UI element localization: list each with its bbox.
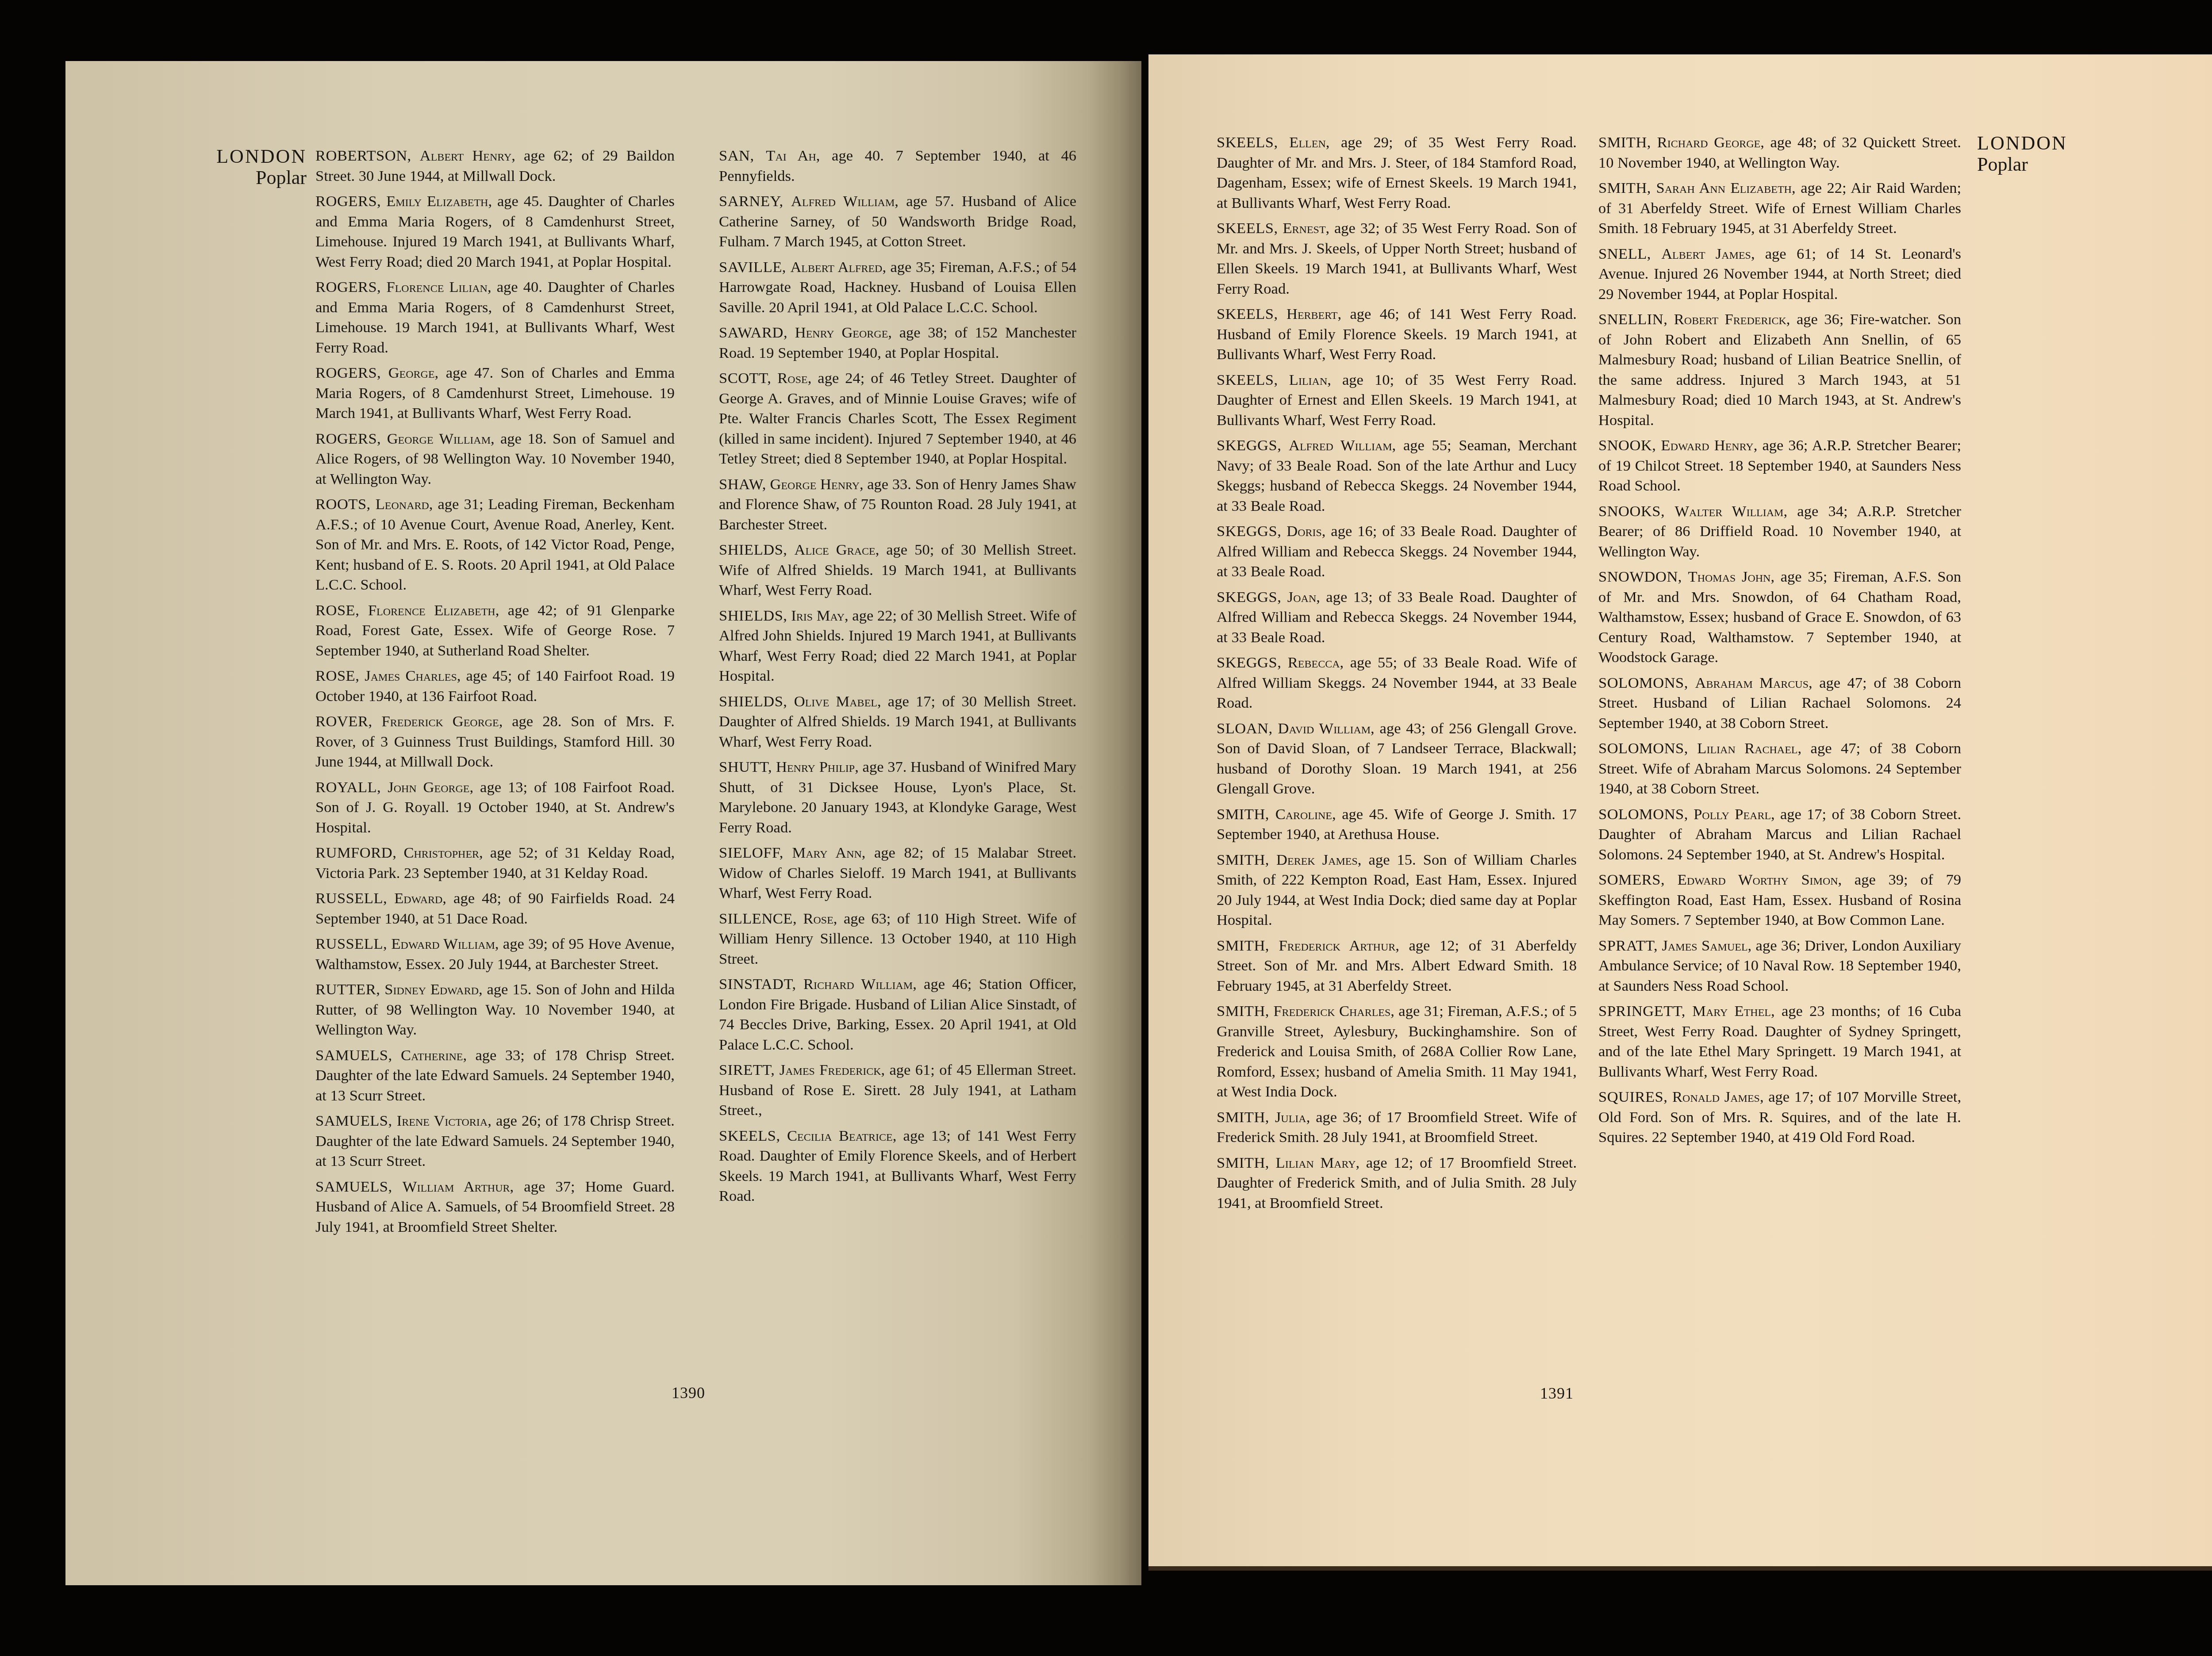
entry-surname: SKEGGS, <box>1217 437 1281 454</box>
casualty-entry: SKEGGS, Joan, age 13; of 33 Beale Road. … <box>1217 587 1577 648</box>
entry-details: age 31; Fireman, A.F.S.; of 5 Granville … <box>1217 1003 1577 1100</box>
casualty-entry: SOLOMONS, Abraham Marcus, age 47; of 38 … <box>1598 673 1961 734</box>
entry-surname: RUTTER, <box>315 981 380 998</box>
entry-surname: SLOAN, <box>1217 720 1273 737</box>
entry-forenames: Florence Elizabeth, <box>368 602 499 619</box>
entry-forenames: Irene Victoria, <box>397 1112 492 1129</box>
entry-forenames: Richard George, <box>1657 134 1764 151</box>
entry-surname: SMITH, <box>1217 1109 1269 1126</box>
entry-forenames: Henry George, <box>795 324 892 341</box>
entry-forenames: Florence Lilian, <box>386 279 491 295</box>
casualty-entry: SMITH, Caroline, age 45. Wife of George … <box>1217 805 1577 845</box>
entry-forenames: Frederick George, <box>382 713 503 730</box>
entry-forenames: David William, <box>1278 720 1375 737</box>
entry-forenames: Robert Frederick, <box>1674 311 1790 328</box>
casualty-entry: ROYALL, John George, age 13; of 108 Fair… <box>315 778 675 838</box>
casualty-entry: RUMFORD, Christopher, age 52; of 31 Keld… <box>315 843 675 883</box>
entry-forenames: Alice Grace, <box>794 541 879 558</box>
casualty-entry: SHIELDS, Olive Mabel, age 17; of 30 Mell… <box>719 692 1076 752</box>
entry-surname: ROVER, <box>315 713 373 730</box>
entry-surname: SMITH, <box>1217 1003 1269 1020</box>
running-head-city: LONDON <box>65 146 307 167</box>
entry-surname: SOLOMONS, <box>1598 806 1688 823</box>
casualty-entry: SQUIRES, Ronald James, age 17; of 107 Mo… <box>1598 1087 1961 1148</box>
entry-forenames: James Frederick, <box>780 1062 885 1078</box>
casualty-entry: SAMUELS, Irene Victoria, age 26; of 178 … <box>315 1111 675 1172</box>
entry-surname: SKEELS, <box>1217 220 1278 237</box>
casualty-entry: SHUTT, Henry Philip, age 37. Husband of … <box>719 757 1076 838</box>
casualty-entry: SKEELS, Ellen, age 29; of 35 West Ferry … <box>1217 133 1577 213</box>
entry-forenames: Mary Ann, <box>792 844 866 861</box>
entry-surname: SMITH, <box>1217 851 1269 868</box>
entry-forenames: Sarah Ann Elizabeth, <box>1656 180 1796 196</box>
entry-details: age 12; of 17 Broomfield Street. Daughte… <box>1217 1154 1577 1211</box>
entry-surname: SINSTADT, <box>719 976 796 993</box>
entry-forenames: Lilian, <box>1289 372 1331 388</box>
entry-surname: SAWARD, <box>719 324 787 341</box>
casualty-entry: SKEELS, Herbert, age 46; of 141 West Fer… <box>1217 304 1577 365</box>
page-number-left: 1390 <box>672 1384 705 1402</box>
casualty-entry: SKEGGS, Rebecca, age 55; of 33 Beale Roa… <box>1217 653 1577 713</box>
entry-surname: ROYALL, <box>315 779 381 796</box>
entry-forenames: Doris, <box>1286 523 1325 540</box>
entry-forenames: George, <box>388 364 439 381</box>
casualty-entry: SAVILLE, Albert Alfred, age 35; Fireman,… <box>719 257 1076 318</box>
entry-surname: RUSSELL, <box>315 935 387 952</box>
casualty-entry: RUTTER, Sidney Edward, age 15. Son of Jo… <box>315 980 675 1040</box>
entry-forenames: Derek James, <box>1276 851 1361 868</box>
entry-forenames: Richard William, <box>803 976 917 993</box>
entry-forenames: Ernest, <box>1283 220 1329 237</box>
entry-surname: SNELL, <box>1598 245 1651 262</box>
entry-details: age 24; of 46 Tetley Street. Daughter of… <box>719 370 1076 467</box>
right-page-column-1: SKEELS, Ellen, age 29; of 35 West Ferry … <box>1217 133 1577 1219</box>
casualty-entry: SOMERS, Edward Worthy Simon, age 39; of … <box>1598 870 1961 931</box>
right-page: SKEELS, Ellen, age 29; of 35 West Ferry … <box>1148 54 2212 1571</box>
entry-surname: SKEGGS, <box>1217 654 1281 671</box>
entry-forenames: Herbert, <box>1286 306 1341 322</box>
entry-surname: ROSE, <box>315 667 359 684</box>
entry-surname: RUMFORD, <box>315 844 396 861</box>
entry-surname: SKEELS, <box>1217 306 1278 322</box>
entry-surname: SKEELS, <box>1217 134 1278 151</box>
casualty-entry: SIELOFF, Mary Ann, age 82; of 15 Malabar… <box>719 843 1076 904</box>
casualty-entry: SNELL, Albert James, age 61; of 14 St. L… <box>1598 244 1961 305</box>
casualty-entry: ROVER, Frederick George, age 28. Son of … <box>315 712 675 772</box>
page-number-right: 1391 <box>1540 1384 1574 1403</box>
entry-details: age 61; of 14 St. Leonard's Avenue. Inju… <box>1598 245 1961 303</box>
casualty-entry: SHIELDS, Iris May, age 22; of 30 Mellish… <box>719 606 1076 686</box>
casualty-entry: SOLOMONS, Lilian Rachael, age 47; of 38 … <box>1598 739 1961 799</box>
casualty-entry: SAMUELS, Catherine, age 33; of 178 Chris… <box>315 1046 675 1106</box>
entry-surname: SIELOFF, <box>719 844 783 861</box>
entry-surname: SQUIRES, <box>1598 1089 1667 1105</box>
casualty-entry: SAMUELS, William Arthur, age 37; Home Gu… <box>315 1177 675 1238</box>
entry-forenames: Ronald James, <box>1672 1089 1763 1105</box>
entry-surname: ROGERS, <box>315 364 381 381</box>
entry-forenames: Emily Elizabeth, <box>386 193 492 210</box>
casualty-entry: SMITH, Richard George, age 48; of 32 Qui… <box>1598 133 1961 173</box>
casualty-entry: SAWARD, Henry George, age 38; of 152 Man… <box>719 323 1076 363</box>
entry-surname: ROSE, <box>315 602 359 619</box>
entry-surname: ROGERS, <box>315 193 381 210</box>
entry-surname: SARNEY, <box>719 193 783 210</box>
entry-details: age 37. Husband of Winifred Mary Shutt, … <box>719 759 1076 836</box>
entry-surname: SPRATT, <box>1598 937 1658 954</box>
casualty-entry: SNOWDON, Thomas John, age 35; Fireman, A… <box>1598 567 1961 668</box>
entry-surname: SNOOK, <box>1598 437 1656 454</box>
casualty-entry: SPRINGETT, Mary Ethel, age 23 months; of… <box>1598 1001 1961 1082</box>
casualty-entry: RUSSELL, Edward William, age 39; of 95 H… <box>315 934 675 974</box>
entry-surname: SAMUELS, <box>315 1178 392 1195</box>
entry-surname: SAMUELS, <box>315 1112 392 1129</box>
entry-surname: SMITH, <box>1217 1154 1269 1171</box>
casualty-entry: SAN, Tai Ah, age 40. 7 September 1940, a… <box>719 146 1076 186</box>
entry-forenames: Tai Ah, <box>766 147 820 164</box>
casualty-entry: SKEELS, Lilian, age 10; of 35 West Ferry… <box>1217 370 1577 431</box>
casualty-entry: SHIELDS, Alice Grace, age 50; of 30 Mell… <box>719 540 1076 601</box>
entry-surname: SKEGGS, <box>1217 589 1281 606</box>
left-page-column-1: ROBERTSON, Albert Henry, age 62; of 29 B… <box>315 146 675 1242</box>
entry-forenames: Catherine, <box>401 1047 467 1064</box>
entry-surname: SMITH, <box>1598 180 1651 196</box>
entry-surname: SKEELS, <box>719 1127 780 1144</box>
entry-surname: SILLENCE, <box>719 910 797 927</box>
casualty-entry: SOLOMONS, Polly Pearl, age 17; of 38 Cob… <box>1598 805 1961 865</box>
casualty-entry: RUSSELL, Edward, age 48; of 90 Fairfield… <box>315 889 675 929</box>
entry-forenames: Joan, <box>1287 589 1320 606</box>
casualty-entry: SMITH, Frederick Charles, age 31; Firema… <box>1217 1001 1577 1102</box>
casualty-entry: SPRATT, James Samuel, age 36; Driver, Lo… <box>1598 936 1961 997</box>
casualty-entry: SINSTADT, Richard William, age 46; Stati… <box>719 974 1076 1055</box>
entry-surname: SKEGGS, <box>1217 523 1281 540</box>
casualty-entry: SARNEY, Alfred William, age 57. Husband … <box>719 192 1076 252</box>
casualty-entry: ROGERS, Emily Elizabeth, age 45. Daughte… <box>315 192 675 272</box>
entry-forenames: Frederick Arthur, <box>1279 937 1399 954</box>
entry-forenames: Julia, <box>1275 1109 1310 1126</box>
entry-surname: SHIELDS, <box>719 541 787 558</box>
entry-surname: ROOTS, <box>315 496 371 513</box>
entry-forenames: Rose, <box>803 910 837 927</box>
entry-forenames: Albert Henry, <box>420 147 515 164</box>
entry-surname: SMITH, <box>1598 134 1651 151</box>
entry-forenames: Iris May, <box>791 607 848 624</box>
casualty-entry: ROSE, Florence Elizabeth, age 42; of 91 … <box>315 601 675 661</box>
casualty-entry: SILLENCE, Rose, age 63; of 110 High Stre… <box>719 909 1076 970</box>
running-head-district: Poplar <box>1977 154 2119 175</box>
entry-surname: SAN, <box>719 147 754 164</box>
running-head-right: LONDON Poplar <box>1977 133 2119 176</box>
entry-forenames: Albert Alfred, <box>790 259 886 276</box>
entry-surname: SNELLIN, <box>1598 311 1667 328</box>
casualty-entry: SNELLIN, Robert Frederick, age 36; Fire-… <box>1598 310 1961 430</box>
entry-forenames: Albert James, <box>1661 245 1755 262</box>
casualty-entry: SKEELS, Cecilia Beatrice, age 13; of 141… <box>719 1126 1076 1207</box>
entry-surname: ROGERS, <box>315 430 381 447</box>
casualty-entry: SNOOK, Edward Henry, age 36; A.R.P. Stre… <box>1598 436 1961 496</box>
entry-surname: ROGERS, <box>315 279 381 295</box>
entry-forenames: Alfred William, <box>791 193 899 210</box>
casualty-entry: SKEELS, Ernest, age 32; of 35 West Ferry… <box>1217 218 1577 299</box>
casualty-entry: SMITH, Sarah Ann Elizabeth, age 22; Air … <box>1598 178 1961 239</box>
casualty-entry: SCOTT, Rose, age 24; of 46 Tetley Street… <box>719 368 1076 469</box>
entry-forenames: Christopher, <box>403 844 483 861</box>
entry-surname: SHUTT, <box>719 759 772 775</box>
casualty-entry: ROGERS, Florence Lilian, age 40. Daughte… <box>315 277 675 358</box>
entry-surname: SPRINGETT, <box>1598 1003 1686 1020</box>
entry-forenames: Sidney Edward, <box>384 981 482 998</box>
entry-surname: SMITH, <box>1217 806 1269 823</box>
entry-forenames: Thomas John, <box>1688 568 1774 585</box>
casualty-entry: SMITH, Julia, age 36; of 17 Broomfield S… <box>1217 1108 1577 1148</box>
entry-forenames: Lilian Rachael, <box>1697 740 1801 757</box>
entry-details: age 45. Wife of George J. Smith. 17 Sept… <box>1217 806 1577 843</box>
entry-forenames: Edward William, <box>392 935 499 952</box>
casualty-entry: ROOTS, Leonard, age 31; Leading Fireman,… <box>315 494 675 595</box>
casualty-entry: SIRETT, James Frederick, age 61; of 45 E… <box>719 1060 1076 1121</box>
entry-surname: ROBERTSON, <box>315 147 411 164</box>
entry-forenames: Alfred William, <box>1289 437 1396 454</box>
entry-forenames: William Arthur, <box>403 1178 514 1195</box>
left-page-column-2: SAN, Tai Ah, age 40. 7 September 1940, a… <box>719 146 1076 1212</box>
entry-forenames: George William, <box>387 430 495 447</box>
entry-surname: SHIELDS, <box>719 607 787 624</box>
entry-surname: SAVILLE, <box>719 259 786 276</box>
entry-forenames: Caroline, <box>1275 806 1336 823</box>
entry-forenames: Abraham Marcus, <box>1695 675 1812 691</box>
entry-forenames: Edward Henry, <box>1661 437 1758 454</box>
entry-forenames: James Charles, <box>365 667 461 684</box>
entry-surname: RUSSELL, <box>315 890 387 907</box>
entry-forenames: Rose, <box>777 370 811 387</box>
right-page-column-2: SMITH, Richard George, age 48; of 32 Qui… <box>1598 133 1961 1153</box>
running-head-city: LONDON <box>1977 133 2119 154</box>
entry-surname: SHAW, <box>719 476 766 493</box>
running-head-left: LONDON Poplar <box>65 146 307 189</box>
entry-forenames: Leonard, <box>376 496 433 513</box>
casualty-entry: ROGERS, George, age 47. Son of Charles a… <box>315 363 675 424</box>
entry-surname: SOLOMONS, <box>1598 740 1688 757</box>
entry-forenames: Frederick Charles, <box>1273 1003 1394 1020</box>
entry-forenames: Mary Ethel, <box>1692 1003 1774 1020</box>
casualty-entry: ROBERTSON, Albert Henry, age 62; of 29 B… <box>315 146 675 186</box>
entry-surname: SCOTT, <box>719 370 771 387</box>
casualty-entry: ROSE, James Charles, age 45; of 140 Fair… <box>315 666 675 706</box>
entry-forenames: Edward Worthy Simon, <box>1678 871 1842 888</box>
casualty-entry: ROGERS, George William, age 18. Son of S… <box>315 429 675 490</box>
entry-forenames: James Samuel, <box>1662 937 1752 954</box>
casualty-entry: SNOOKS, Walter William, age 34; A.R.P. S… <box>1598 502 1961 562</box>
entry-surname: SKEELS, <box>1217 372 1278 388</box>
entry-surname: SNOWDON, <box>1598 568 1682 585</box>
entry-forenames: Rebecca, <box>1288 654 1344 671</box>
entry-surname: SAMUELS, <box>315 1047 392 1064</box>
casualty-entry: SKEGGS, Doris, age 16; of 33 Beale Road.… <box>1217 521 1577 582</box>
casualty-entry: SLOAN, David William, age 43; of 256 Gle… <box>1217 719 1577 799</box>
entry-forenames: Edward, <box>394 890 446 907</box>
casualty-entry: SHAW, George Henry, age 33. Son of Henry… <box>719 475 1076 535</box>
entry-forenames: Walter William, <box>1674 503 1787 520</box>
entry-forenames: Olive Mabel, <box>794 693 881 710</box>
entry-forenames: Lilian Mary, <box>1276 1154 1360 1171</box>
entry-forenames: John George, <box>388 779 473 796</box>
entry-surname: SHIELDS, <box>719 693 787 710</box>
casualty-entry: SKEGGS, Alfred William, age 55; Seaman, … <box>1217 436 1577 516</box>
entry-forenames: Ellen, <box>1289 134 1329 151</box>
entry-details: age 36; Fire-watcher. Son of John Robert… <box>1598 311 1961 429</box>
entry-details: age 15. Son of William Charles Smith, of… <box>1217 851 1577 929</box>
entry-surname: SIRETT, <box>719 1062 775 1078</box>
casualty-entry: SMITH, Frederick Arthur, age 12; of 31 A… <box>1217 936 1577 997</box>
entry-surname: SNOOKS, <box>1598 503 1665 520</box>
entry-forenames: Henry Philip, <box>776 759 859 775</box>
casualty-entry: SMITH, Lilian Mary, age 12; of 17 Broomf… <box>1217 1153 1577 1214</box>
entry-surname: SOLOMONS, <box>1598 675 1688 691</box>
casualty-entry: SMITH, Derek James, age 15. Son of Willi… <box>1217 850 1577 931</box>
entry-forenames: Cecilia Beatrice, <box>787 1127 896 1144</box>
left-page: LONDON Poplar ROBERTSON, Albert Henry, a… <box>65 61 1141 1585</box>
entry-surname: SOMERS, <box>1598 871 1665 888</box>
entry-forenames: Polly Pearl, <box>1694 806 1775 823</box>
entry-details: age 36; of 17 Broomfield Street. Wife of… <box>1217 1109 1577 1146</box>
running-head-district: Poplar <box>65 167 307 188</box>
entry-forenames: George Henry, <box>770 476 863 493</box>
entry-details: age 48; of 32 Quickett Street. 10 Novemb… <box>1598 134 1961 171</box>
entry-surname: SMITH, <box>1217 937 1269 954</box>
